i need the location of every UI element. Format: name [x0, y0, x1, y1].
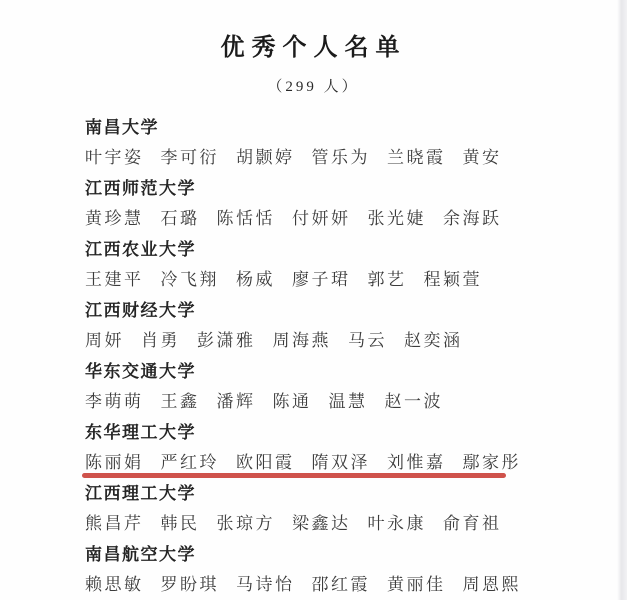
page-subtitle: （299 人） — [0, 75, 627, 96]
names-row: 周妍肖勇彭潇雅周海燕马云赵奕涵 — [85, 326, 572, 356]
person-name: 彭潇雅 — [197, 331, 256, 350]
person-name: 周海燕 — [273, 331, 332, 350]
person-name: 罗盼琪 — [161, 575, 220, 594]
person-name: 赖思敏 — [85, 575, 144, 594]
person-name: 胡颢婷 — [236, 148, 295, 167]
person-name: 周恩熙 — [463, 575, 522, 594]
person-name: 熊昌芹 — [85, 514, 144, 533]
person-name: 兰晓霞 — [387, 148, 446, 167]
person-name: 周妍 — [85, 331, 124, 350]
person-name: 程颖萱 — [424, 270, 483, 289]
person-name: 冷飞翔 — [161, 270, 220, 289]
person-name: 王鑫 — [161, 392, 200, 411]
person-name: 杨威 — [236, 270, 275, 289]
person-name: 韩民 — [161, 514, 200, 533]
person-name: 廖子珺 — [292, 270, 351, 289]
person-name: 陈恬恬 — [217, 209, 276, 228]
person-name: 王建平 — [85, 270, 144, 289]
person-name: 余海跃 — [443, 209, 502, 228]
page-title: 优秀个人名单 — [0, 0, 627, 62]
university-section: 江西农业大学 王建平冷飞翔杨威廖子珺郭艺程颖萱 — [85, 234, 572, 295]
person-name: 陈通 — [273, 392, 312, 411]
names-row: 熊昌芹韩民张琼方梁鑫达叶永康俞育祖 — [85, 509, 572, 539]
university-section: 江西理工大学 熊昌芹韩民张琼方梁鑫达叶永康俞育祖 — [85, 478, 572, 539]
person-name: 石璐 — [161, 209, 200, 228]
document-page: 优秀个人名单 （299 人） 南昌大学 叶宇姿李可衍胡颢婷管乐为兰晓霞黄安 江西… — [0, 0, 627, 600]
person-name: 肖勇 — [141, 331, 180, 350]
person-name: 隋双泽 — [312, 453, 371, 472]
person-name: 黄丽佳 — [387, 575, 446, 594]
person-name: 欧阳霞 — [236, 453, 295, 472]
person-name: 黄安 — [463, 148, 502, 167]
university-section: 东华理工大学 陈丽娟严红玲欧阳霞隋双泽刘惟嘉鄢家彤 — [85, 417, 572, 478]
university-name: 南昌大学 — [85, 112, 572, 143]
names-row: 赖思敏罗盼琪马诗怡邵红霞黄丽佳周恩熙 — [85, 570, 572, 600]
person-name: 严红玲 — [161, 453, 220, 472]
person-name: 俞育祖 — [443, 514, 502, 533]
person-name: 马云 — [348, 331, 387, 350]
person-name: 李可衍 — [161, 148, 220, 167]
person-name: 赵一波 — [385, 392, 444, 411]
person-name: 付妍妍 — [292, 209, 351, 228]
person-name: 郭艺 — [368, 270, 407, 289]
person-name: 温慧 — [329, 392, 368, 411]
person-name: 潘辉 — [217, 392, 256, 411]
person-name: 赵奕涵 — [404, 331, 463, 350]
university-name: 华东交通大学 — [85, 356, 572, 387]
person-name: 邵红霞 — [312, 575, 371, 594]
university-name: 江西农业大学 — [85, 234, 572, 265]
names-row: 叶宇姿李可衍胡颢婷管乐为兰晓霞黄安 — [85, 143, 572, 173]
person-name: 陈丽娟 — [85, 453, 144, 472]
names-row: 王建平冷飞翔杨威廖子珺郭艺程颖萱 — [85, 265, 572, 295]
person-name: 叶宇姿 — [85, 148, 144, 167]
sections-container: 南昌大学 叶宇姿李可衍胡颢婷管乐为兰晓霞黄安 江西师范大学 黄珍慧石璐陈恬恬付妍… — [85, 112, 572, 600]
person-name: 张琼方 — [217, 514, 276, 533]
person-name: 马诗怡 — [236, 575, 295, 594]
university-section: 南昌大学 叶宇姿李可衍胡颢婷管乐为兰晓霞黄安 — [85, 112, 572, 173]
right-edge-strip — [617, 0, 627, 600]
names-row: 黄珍慧石璐陈恬恬付妍妍张光婕余海跃 — [85, 204, 572, 234]
person-name: 管乐为 — [312, 148, 371, 167]
person-name: 刘惟嘉 — [387, 453, 446, 472]
person-name: 张光婕 — [368, 209, 427, 228]
person-name: 梁鑫达 — [292, 514, 351, 533]
university-section: 南昌航空大学 赖思敏罗盼琪马诗怡邵红霞黄丽佳周恩熙 — [85, 539, 572, 600]
names-row: 陈丽娟严红玲欧阳霞隋双泽刘惟嘉鄢家彤 — [85, 448, 572, 478]
person-name: 黄珍慧 — [85, 209, 144, 228]
university-name: 南昌航空大学 — [85, 539, 572, 570]
university-section: 江西师范大学 黄珍慧石璐陈恬恬付妍妍张光婕余海跃 — [85, 173, 572, 234]
university-name: 江西财经大学 — [85, 295, 572, 326]
person-name: 李萌萌 — [85, 392, 144, 411]
university-name: 江西理工大学 — [85, 478, 572, 509]
university-section: 华东交通大学 李萌萌王鑫潘辉陈通温慧赵一波 — [85, 356, 572, 417]
university-name: 东华理工大学 — [85, 417, 572, 448]
highlight-underline — [82, 473, 506, 478]
university-name: 江西师范大学 — [85, 173, 572, 204]
university-section: 江西财经大学 周妍肖勇彭潇雅周海燕马云赵奕涵 — [85, 295, 572, 356]
names-row: 李萌萌王鑫潘辉陈通温慧赵一波 — [85, 387, 572, 417]
person-name: 叶永康 — [368, 514, 427, 533]
person-name: 鄢家彤 — [463, 453, 522, 472]
